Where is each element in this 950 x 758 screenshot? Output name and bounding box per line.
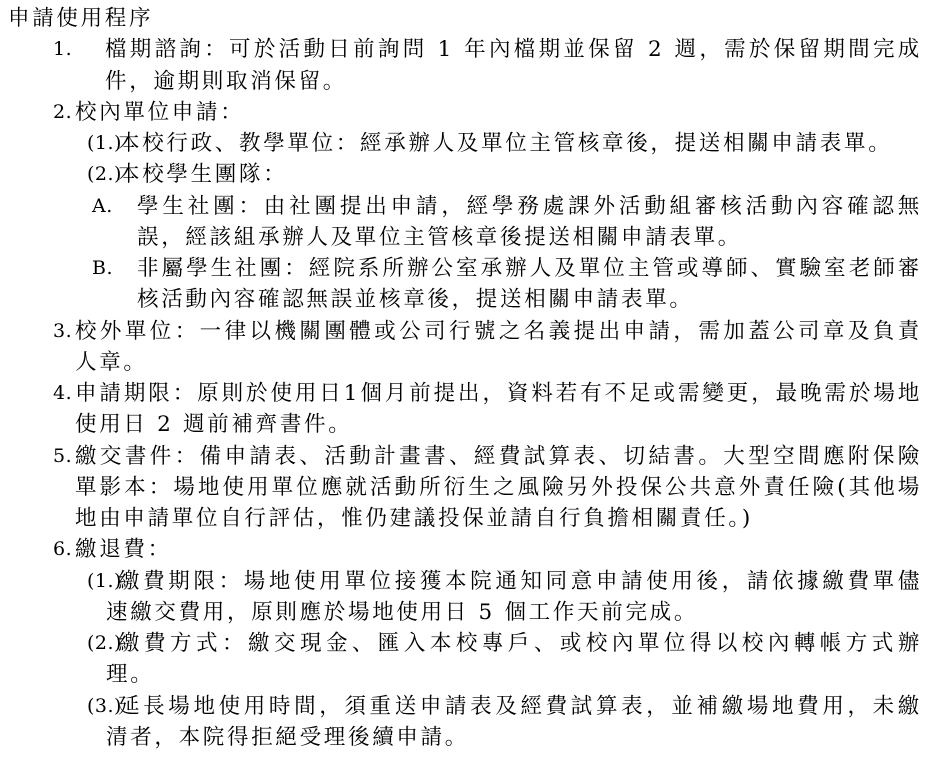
list-item-line: (2.)本校學生團隊： [0, 159, 950, 190]
line-text: 速繳交費用，原則應於場地使用日 5 個工作天前完成。 [106, 597, 922, 628]
list-item-line: 4.申請期限：原則於使用日1個月前提出，資料若有不足或需變更，最晚需於場地 [0, 378, 950, 409]
line-text: 校內單位申請： [75, 97, 922, 128]
document-page: 申請使用程序1.檔期諮詢：可於活動日前詢問 1 年內檔期並保留 2 週，需於保留… [0, 0, 950, 758]
continuation-line: 清者，本院得拒絕受理後續申請。 [0, 722, 950, 753]
line-text: 申請期限：原則於使用日1個月前提出，資料若有不足或需變更，最晚需於場地 [75, 378, 922, 409]
continuation-line: 使用日 2 週前補齊書件。 [0, 409, 950, 440]
line-text: 理。 [106, 659, 922, 690]
list-marker: (2.) [87, 628, 122, 659]
list-marker: 4. [53, 378, 72, 409]
line-text: 繳退費： [75, 534, 922, 565]
line-text: 核活動內容確認無誤並核章後，提送相關申請表單。 [137, 284, 922, 315]
list-item-line: 5.繳交書件：備申請表、活動計畫書、經費試算表、切結書。大型空間應附保險 [0, 441, 950, 472]
continuation-line: 人章。 [0, 347, 950, 378]
continuation-line: 件，逾期則取消保留。 [0, 66, 950, 97]
line-text: 本校學生團隊： [118, 159, 922, 190]
line-text: 人章。 [75, 347, 922, 378]
list-marker: 5. [53, 441, 72, 472]
list-item-line: (2.)繳費方式：繳交現金、匯入本校專戶、或校內單位得以校內轉帳方式辦 [0, 628, 950, 659]
continuation-line: 單影本：場地使用單位應就活動所衍生之風險另外投保公共意外責任險(其他場 [0, 472, 950, 503]
line-text: 使用日 2 週前補齊書件。 [75, 409, 922, 440]
line-text: 清者，本院得拒絕受理後續申請。 [106, 722, 922, 753]
list-item-line: A.學生社團：由社團提出申請，經學務處課外活動組審核活動內容確認無 [0, 191, 950, 222]
list-marker: 1. [53, 34, 72, 65]
list-marker: 3. [53, 316, 72, 347]
list-marker: (1.) [87, 128, 122, 159]
line-text: 地由申請單位自行評估，惟仍建議投保並請自行負擔相關責任。) [75, 503, 922, 534]
list-item-line: 6.繳退費： [0, 534, 950, 565]
line-text: 繳費期限：場地使用單位接獲本院通知同意申請使用後，請依據繳費單儘 [118, 566, 922, 597]
list-marker: 2. [53, 97, 72, 128]
line-text: 件，逾期則取消保留。 [105, 66, 922, 97]
continuation-line: 誤，經該組承辦人及單位主管核章後提送相關申請表單。 [0, 222, 950, 253]
list-item-line: 1.檔期諮詢：可於活動日前詢問 1 年內檔期並保留 2 週，需於保留期間完成送 [0, 34, 950, 65]
list-marker: 6. [53, 534, 72, 565]
line-text: 校外單位：一律以機關團體或公司行號之名義提出申請，需加蓋公司章及負責 [75, 316, 922, 347]
continuation-line: 核活動內容確認無誤並核章後，提送相關申請表單。 [0, 284, 950, 315]
continuation-line: 地由申請單位自行評估，惟仍建議投保並請自行負擔相關責任。) [0, 503, 950, 534]
list-marker: (2.) [87, 159, 122, 190]
line-text: 延長場地使用時間，須重送申請表及經費試算表，並補繳場地費用，未繳 [118, 691, 922, 722]
list-item-line: (3.)延長場地使用時間，須重送申請表及經費試算表，並補繳場地費用，未繳 [0, 691, 950, 722]
line-text: 繳費方式：繳交現金、匯入本校專戶、或校內單位得以校內轉帳方式辦 [118, 628, 922, 659]
list-item-line: 3.校外單位：一律以機關團體或公司行號之名義提出申請，需加蓋公司章及負責 [0, 316, 950, 347]
line-text: 單影本：場地使用單位應就活動所衍生之風險另外投保公共意外責任險(其他場 [75, 472, 922, 503]
line-text: 檔期諮詢：可於活動日前詢問 1 年內檔期並保留 2 週，需於保留期間完成送 [105, 34, 922, 65]
title-line: 申請使用程序 [0, 3, 950, 34]
list-marker: (3.) [87, 691, 122, 722]
list-item-line: (1.)本校行政、教學單位：經承辦人及單位主管核章後，提送相關申請表單。 [0, 128, 950, 159]
list-marker: (1.) [87, 566, 122, 597]
page-title: 申請使用程序 [8, 3, 922, 34]
list-item-line: 2.校內單位申請： [0, 97, 950, 128]
continuation-line: 理。 [0, 659, 950, 690]
list-marker: A. [92, 191, 113, 222]
list-marker: B. [92, 253, 113, 284]
continuation-line: 速繳交費用，原則應於場地使用日 5 個工作天前完成。 [0, 597, 950, 628]
line-text: 誤，經該組承辦人及單位主管核章後提送相關申請表單。 [137, 222, 922, 253]
line-text: 本校行政、教學單位：經承辦人及單位主管核章後，提送相關申請表單。 [118, 128, 922, 159]
procedure-document: 申請使用程序1.檔期諮詢：可於活動日前詢問 1 年內檔期並保留 2 週，需於保留… [0, 0, 950, 753]
line-text: 繳交書件：備申請表、活動計畫書、經費試算表、切結書。大型空間應附保險 [75, 441, 922, 472]
list-item-line: B.非屬學生社團：經院系所辦公室承辦人及單位主管或導師、實驗室老師審 [0, 253, 950, 284]
list-item-line: (1.)繳費期限：場地使用單位接獲本院通知同意申請使用後，請依據繳費單儘 [0, 566, 950, 597]
line-text: 學生社團：由社團提出申請，經學務處課外活動組審核活動內容確認無 [137, 191, 922, 222]
line-text: 非屬學生社團：經院系所辦公室承辦人及單位主管或導師、實驗室老師審 [137, 253, 922, 284]
